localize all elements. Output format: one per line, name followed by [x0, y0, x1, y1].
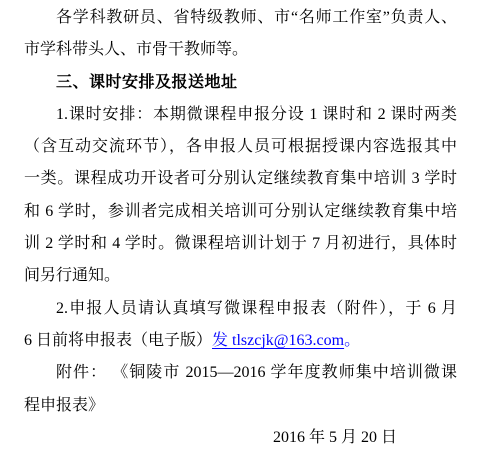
line-para1-line2: 市学科带头人、市骨干教师等。	[24, 34, 457, 66]
text-segment: 一类。课程成功开设者可分别认定继续教育集中培训 3 学时	[24, 170, 457, 187]
text-segment: 市学科带头人、市骨干教师等。	[24, 41, 248, 58]
text-segment: 各学科教研员、省特级教师、市“名师工作室”负责人、	[56, 9, 457, 26]
line-section-heading: 三、课时安排及报送地址	[24, 67, 457, 99]
line-para3-line2: 6 日前将申报表（电子版）发 tlszcjk@163.com。	[24, 325, 457, 357]
line-para2-line1: 1.课时安排：本期微课程申报分设 1 课时和 2 课时两类	[24, 99, 457, 131]
line-para2-line6: 间另行通知。	[24, 260, 457, 292]
text-segment: 2016 年 5 月 20 日	[273, 429, 397, 446]
text-segment: （含互动交流环节），各申报人员可根据授课内容选报其中	[24, 138, 457, 155]
text-segment: 2.申报人员请认真填写微课程申报表（附件），于 6 月	[56, 300, 457, 317]
line-para1-line1: 各学科教研员、省特级教师、市“名师工作室”负责人、	[24, 2, 457, 34]
line-date-line: 2016 年 5 月 20 日	[24, 422, 457, 454]
text-segment: 训 2 学时和 4 学时。微课程培训计划于 7 月初进行，具体时	[24, 235, 457, 252]
text-segment: 间另行通知。	[24, 267, 120, 284]
text-segment: 程申报表》	[24, 397, 104, 414]
link-trailing-period: 。	[344, 332, 360, 349]
line-para2-line4: 和 6 学时，参训者完成相关培训可分别认定继续教育集中培	[24, 196, 457, 228]
text-segment: 附件： 《铜陵市 2015—2016 学年度教师集中培训微课	[56, 364, 457, 381]
line-para2-line5: 训 2 学时和 4 学时。微课程培训计划于 7 月初进行，具体时	[24, 228, 457, 260]
text-segment: 和 6 学时，参训者完成相关培训可分别认定继续教育集中培	[24, 203, 457, 220]
text-segment: 三、课时安排及报送地址	[56, 74, 238, 91]
line-para2-line2: （含互动交流环节），各申报人员可根据授课内容选报其中	[24, 131, 457, 163]
text-segment: 6 日前将申报表（电子版）	[24, 332, 212, 349]
line-para4-line2: 程申报表》	[24, 390, 457, 422]
email-link[interactable]: 发 tlszcjk@163.com	[212, 332, 344, 349]
line-para2-line3: 一类。课程成功开设者可分别认定继续教育集中培训 3 学时	[24, 163, 457, 195]
text-segment: 1.课时安排：本期微课程申报分设 1 课时和 2 课时两类	[56, 106, 457, 123]
line-para4-line1: 附件： 《铜陵市 2015—2016 学年度教师集中培训微课	[24, 357, 457, 389]
document-page: 各学科教研员、省特级教师、市“名师工作室”负责人、市学科带头人、市骨干教师等。三…	[0, 0, 483, 466]
line-para3-line1: 2.申报人员请认真填写微课程申报表（附件），于 6 月	[24, 293, 457, 325]
